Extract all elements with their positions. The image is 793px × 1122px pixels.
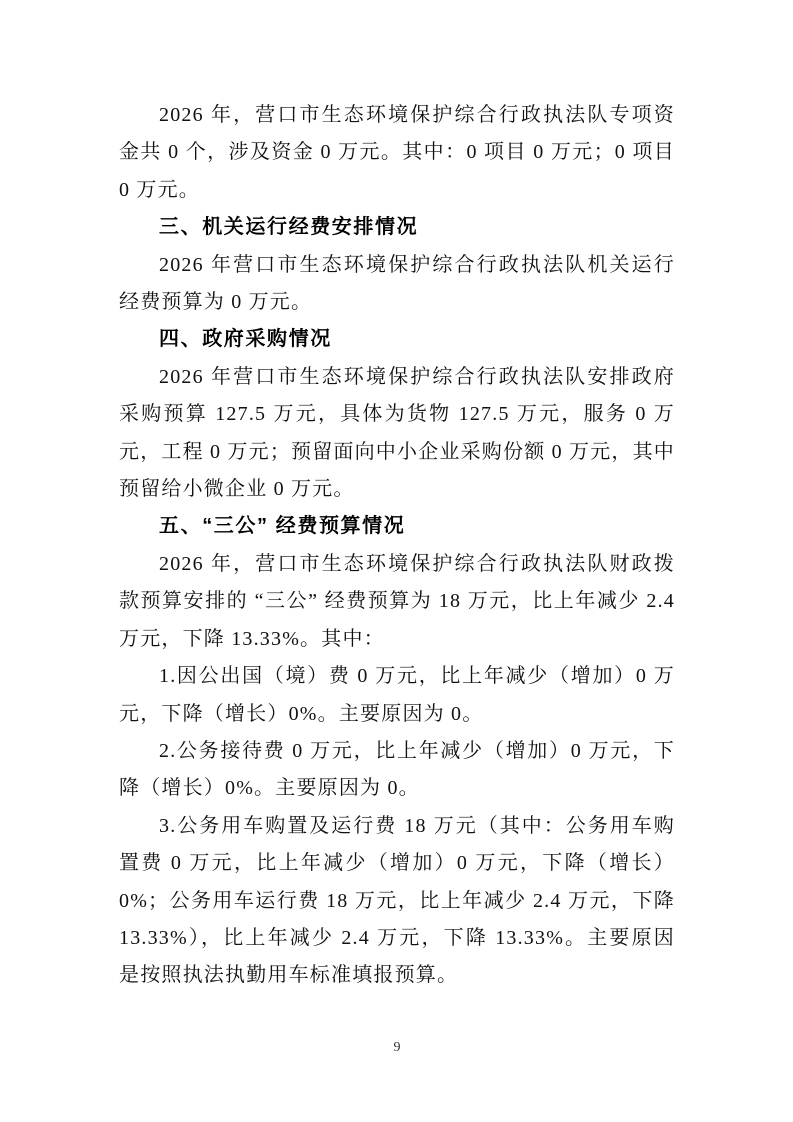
paragraph-three-public-expenses-overview: 2026 年，营口市生态环境保护综合行政执法队财政拨款预算安排的 “三公” 经费… <box>119 546 675 658</box>
section-heading-3-agency-operating-expenses: 三、机关运行经费安排情况 <box>119 209 675 246</box>
paragraph-government-procurement: 2026 年营口市生态环境保护综合行政执法队安排政府采购预算 127.5 万元，… <box>119 359 675 509</box>
document-page: 2026 年，营口市生态环境保护综合行政执法队专项资金共 0 个，涉及资金 0 … <box>0 0 793 1122</box>
paragraph-item-3-official-vehicles: 3.公务用车购置及运行费 18 万元（其中：公务用车购置费 0 万元，比上年减少… <box>119 808 675 995</box>
paragraph-item-1-overseas-travel: 1.因公出国（境）费 0 万元，比上年减少（增加）0 万元，下降（增长）0%。主… <box>119 658 675 733</box>
paragraph-agency-operating-expenses: 2026 年营口市生态环境保护综合行政执法队机关运行经费预算为 0 万元。 <box>119 247 675 322</box>
paragraph-item-2-official-reception: 2.公务接待费 0 万元，比上年减少（增加）0 万元，下降（增长）0%。主要原因… <box>119 733 675 808</box>
paragraph-special-funds: 2026 年，营口市生态环境保护综合行政执法队专项资金共 0 个，涉及资金 0 … <box>119 97 675 209</box>
page-number: 9 <box>119 1038 675 1058</box>
section-heading-4-government-procurement: 四、政府采购情况 <box>119 321 675 358</box>
section-heading-5-three-public-expenses: 五、“三公” 经费预算情况 <box>119 508 675 545</box>
document-body: 2026 年，营口市生态环境保护综合行政执法队专项资金共 0 个，涉及资金 0 … <box>119 97 675 995</box>
